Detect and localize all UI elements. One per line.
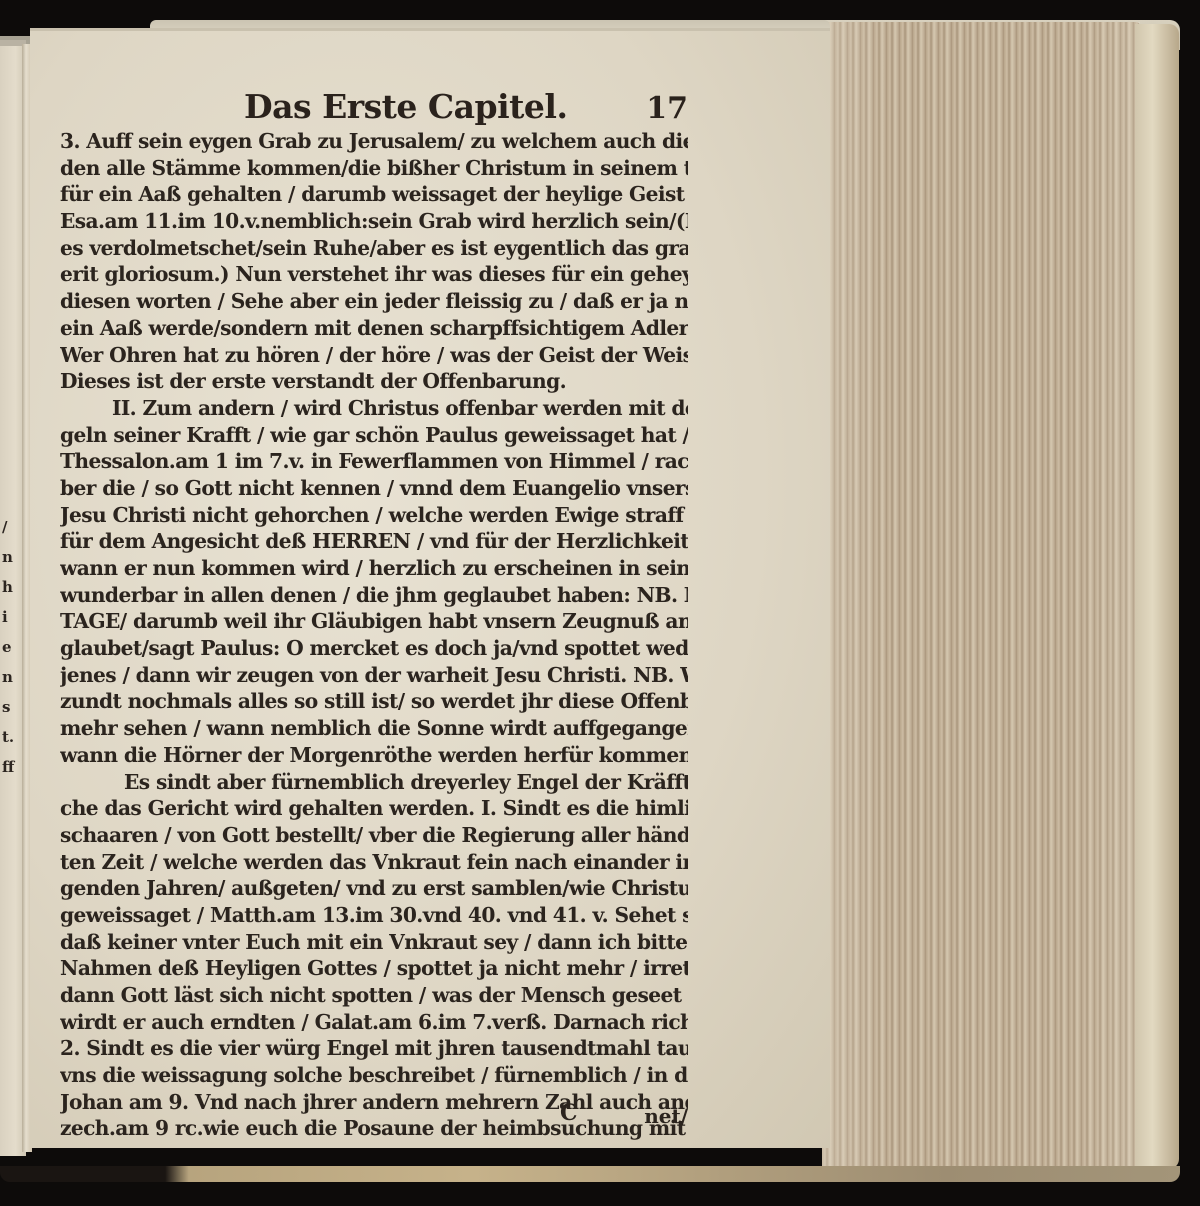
text-line: ber die / so Gott nicht kennen / vnnd de… bbox=[60, 475, 688, 502]
text-line: daß keiner vnter Euch mit ein Vnkraut se… bbox=[60, 929, 688, 956]
text-line: den alle Stämme kommen/die bißher Christ… bbox=[60, 155, 688, 182]
margin-char: h bbox=[2, 576, 24, 598]
text-line: Esa.am 11.im 10.v.nemblich:sein Grab wir… bbox=[60, 208, 688, 235]
text-line: geweissaget / Matth.am 13.im 30.vnd 40. … bbox=[60, 902, 688, 929]
text-line: erit gloriosum.) Nun verstehet ihr was d… bbox=[60, 261, 688, 288]
page-body-text: 3. Auff sein eygen Grab zu Jerusalem/ zu… bbox=[60, 128, 688, 1142]
margin-char: / bbox=[2, 516, 24, 538]
margin-char: t. bbox=[2, 726, 24, 748]
fore-edge-shading bbox=[822, 22, 1140, 1172]
text-line: Dieses ist der erste verstandt der Offen… bbox=[60, 368, 688, 395]
text-line: Nahmen deß Heyligen Gottes / spottet ja … bbox=[60, 955, 688, 982]
text-line: wann die Hörner der Morgenröthe werden h… bbox=[60, 742, 688, 769]
text-line: dann Gott läst sich nicht spotten / was … bbox=[60, 982, 688, 1009]
margin-char: n bbox=[2, 546, 24, 568]
text-line: mehr sehen / wann nemblich die Sonne wir… bbox=[60, 715, 688, 742]
text-line: genden Jahren/ außgeten/ vnd zu erst sam… bbox=[60, 875, 688, 902]
margin-char: n bbox=[2, 666, 24, 688]
margin-char: ff bbox=[2, 756, 24, 778]
text-line: schaaren / von Gott bestellt/ vber die R… bbox=[60, 822, 688, 849]
page-number: 17 bbox=[646, 91, 688, 126]
text-line: wunderbar in allen denen / die jhm gegla… bbox=[60, 582, 688, 609]
text-line: es verdolmetschet/sein Ruhe/aber es ist … bbox=[60, 235, 688, 262]
text-line: glaubet/sagt Paulus: O mercket es doch j… bbox=[60, 635, 688, 662]
text-line: geln seiner Krafft / wie gar schön Paulu… bbox=[60, 422, 688, 449]
signature-mark: C bbox=[560, 1100, 578, 1126]
text-line: Wer Ohren hat zu hören / der höre / was … bbox=[60, 342, 688, 369]
margin-char: e bbox=[2, 636, 24, 658]
text-line: Thessalon.am 1 im 7.v. in Fewerflammen v… bbox=[60, 448, 688, 475]
text-line: diesen worten / Sehe aber ein jeder flei… bbox=[60, 288, 688, 315]
text-line: II. Zum andern / wird Christus offenbar … bbox=[60, 395, 688, 422]
text-line: ten Zeit / welche werden das Vnkraut fei… bbox=[60, 849, 688, 876]
text-line: vns die weissagung solche beschreibet / … bbox=[60, 1062, 688, 1089]
vellum-cover-bottom bbox=[0, 1166, 1180, 1182]
catchword: net/ bbox=[644, 1104, 688, 1128]
text-line: TAGE/ darumb weil ihr Gläubigen habt vns… bbox=[60, 608, 688, 635]
text-line: Es sindt aber fürnemblich dreyerley Enge… bbox=[60, 769, 688, 796]
margin-char: i bbox=[2, 606, 24, 628]
text-line: jenes / dann wir zeugen von der warheit … bbox=[60, 662, 688, 689]
chapter-title: Das Erste Capitel. bbox=[244, 87, 567, 126]
text-line: ein Aaß werde/sondern mit denen scharpff… bbox=[60, 315, 688, 342]
left-page-margin-text: / n h i e n s t. ff bbox=[2, 516, 24, 778]
page-footer: C net/ bbox=[60, 1100, 688, 1130]
running-header: Das Erste Capitel. 17 bbox=[238, 78, 688, 126]
text-line: für dem Angesicht deß HERREN / vnd für d… bbox=[60, 528, 688, 555]
text-line: zundt nochmals alles so still ist/ so we… bbox=[60, 688, 688, 715]
text-line: 3. Auff sein eygen Grab zu Jerusalem/ zu… bbox=[60, 128, 688, 155]
vellum-cover-right bbox=[1135, 24, 1179, 1169]
text-line: wann er nun kommen wird / herzlich zu er… bbox=[60, 555, 688, 582]
text-line: wirdt er auch erndten / Galat.am 6.im 7.… bbox=[60, 1009, 688, 1036]
text-line: 2. Sindt es die vier würg Engel mit jhre… bbox=[60, 1035, 688, 1062]
text-line: che das Gericht wird gehalten werden. I.… bbox=[60, 795, 688, 822]
book-photo: / n h i e n s t. ff Das Erste Capitel. 1… bbox=[0, 0, 1200, 1206]
margin-char: s bbox=[2, 696, 24, 718]
text-line: für ein Aaß gehalten / darumb weissaget … bbox=[60, 181, 688, 208]
text-line: Jesu Christi nicht gehorchen / welche we… bbox=[60, 502, 688, 529]
